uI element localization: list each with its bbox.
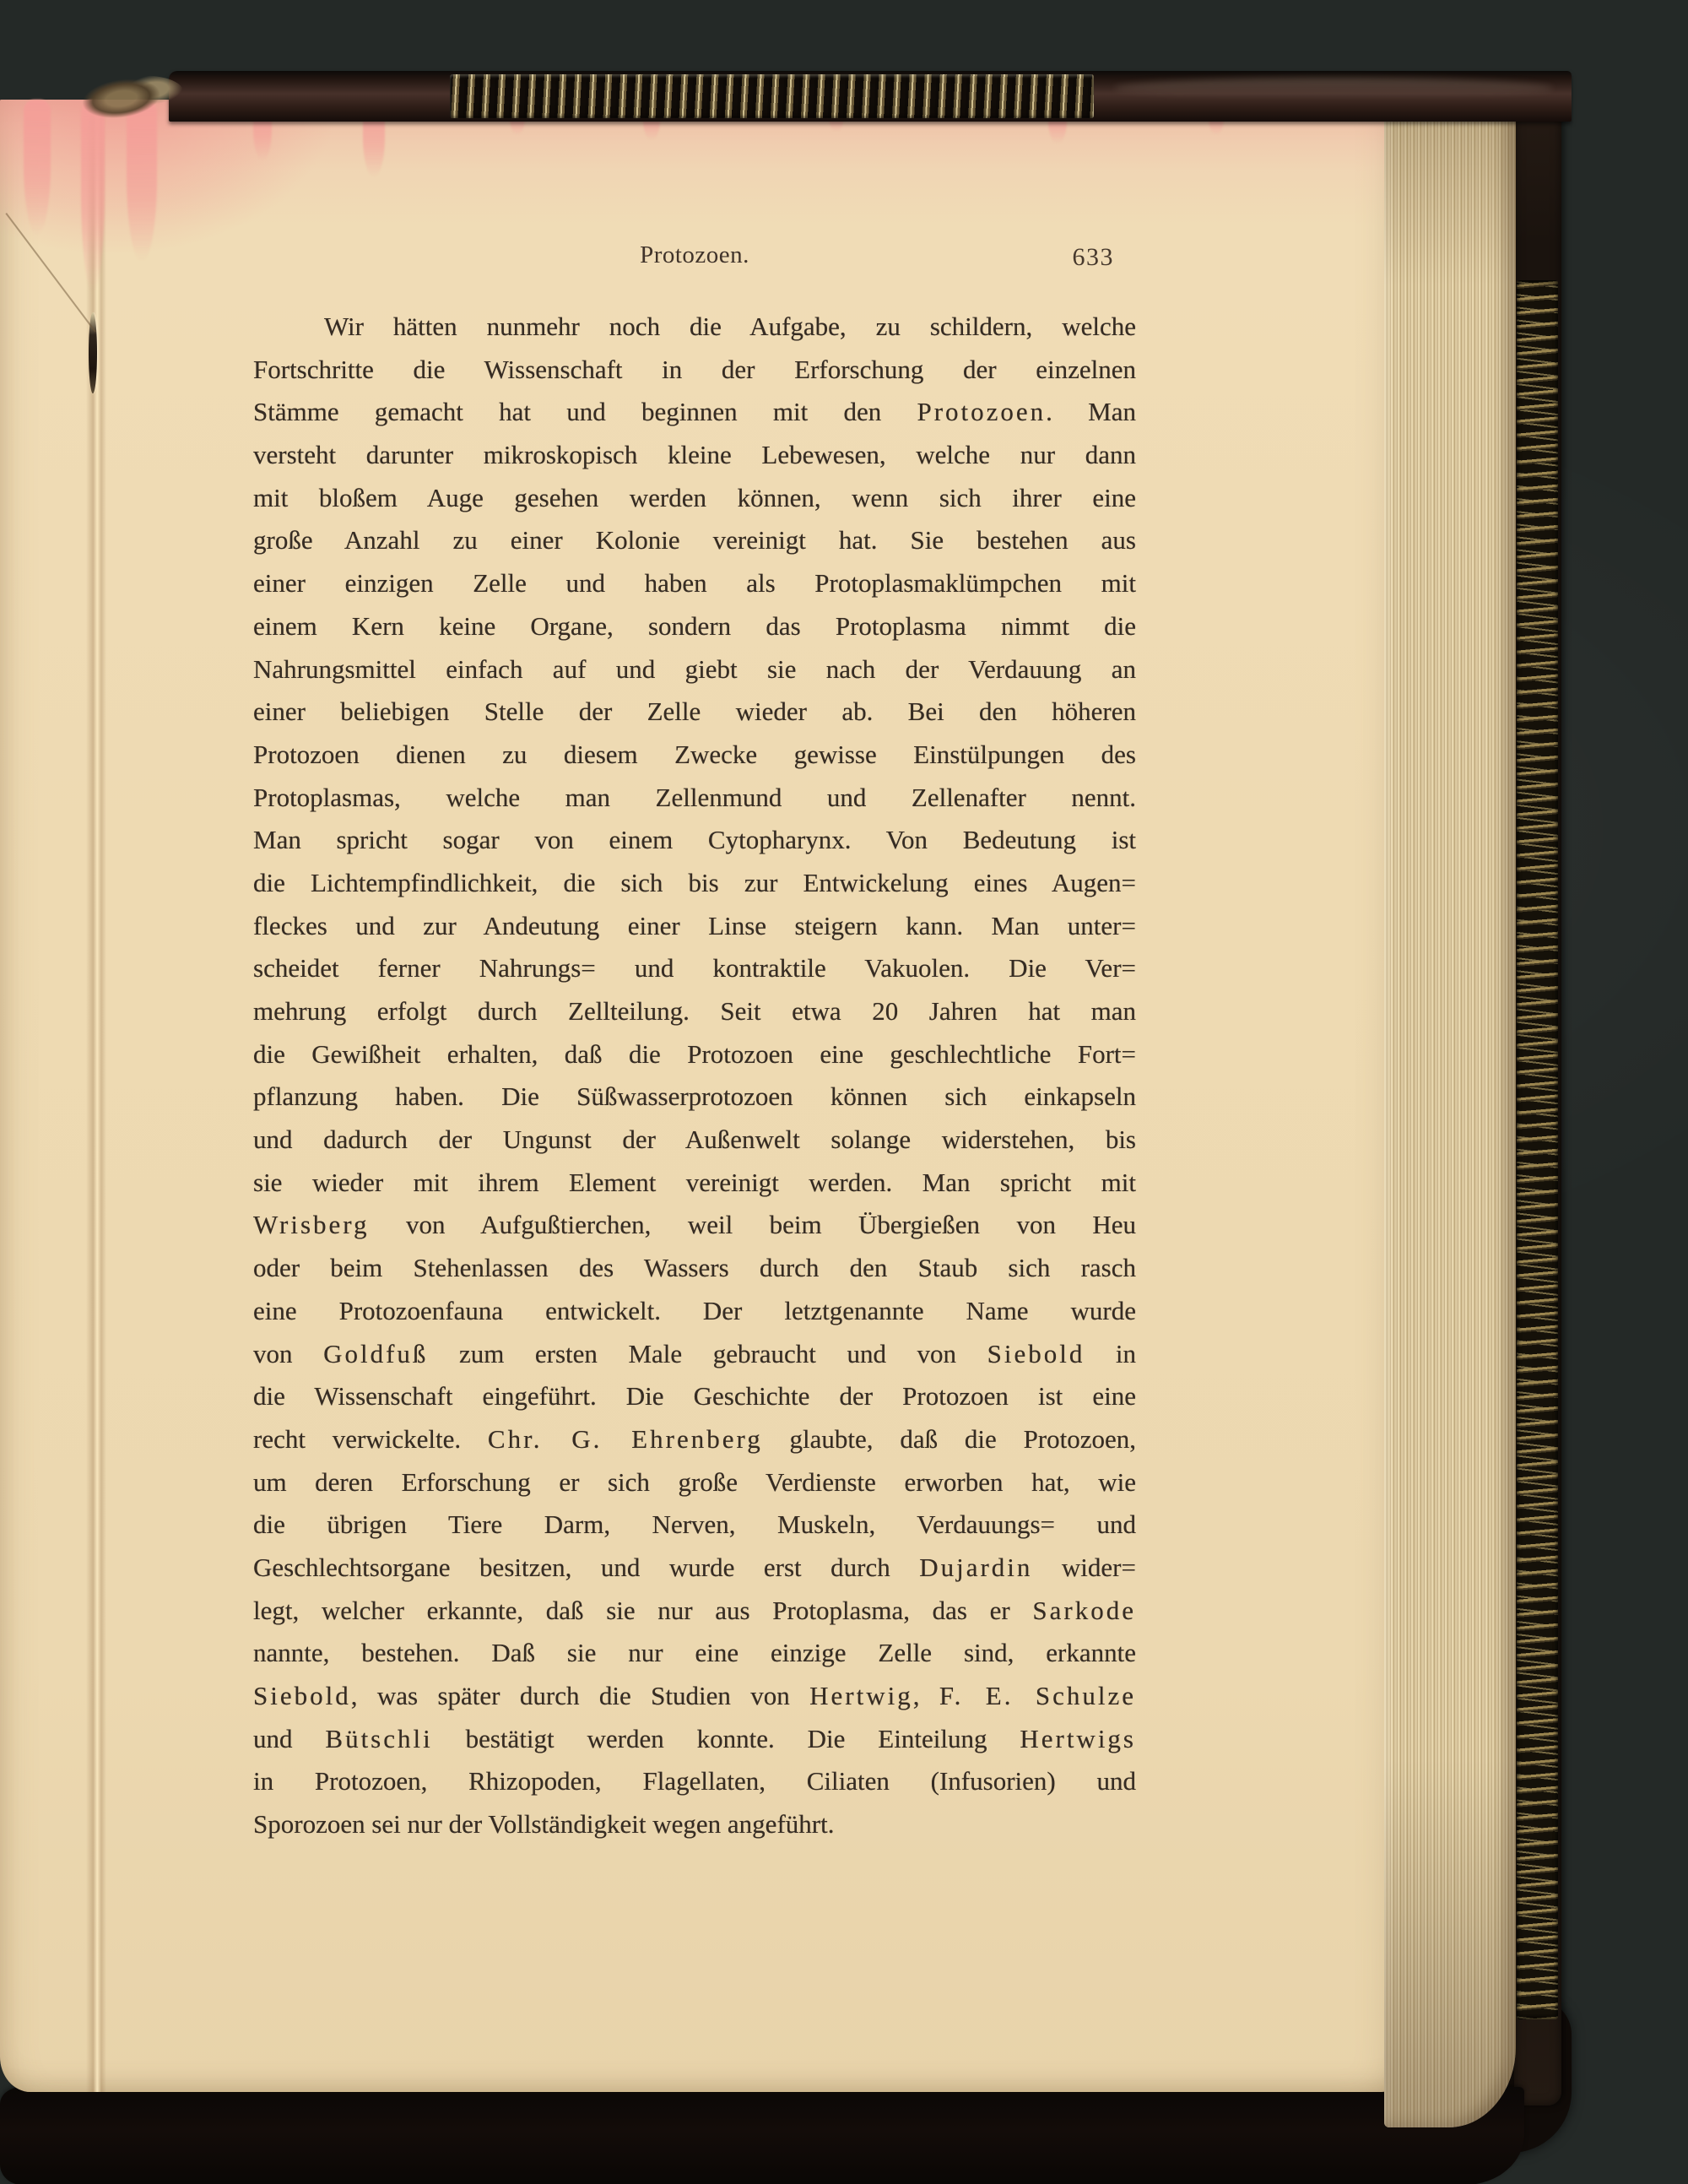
text-line: Sporozoen sei nur der Vollständigkeit we…	[253, 1803, 1136, 1846]
text-line: recht verwickelte. Chr. G. Ehrenberg gla…	[253, 1418, 1136, 1461]
text-line: einer einzigen Zelle und haben als Proto…	[253, 562, 1136, 605]
letterspaced-word: Hertwig	[809, 1681, 913, 1710]
letterspaced-word: Goldfuß	[323, 1339, 428, 1368]
text-line: einem Kern keine Organe, sondern das Pro…	[253, 605, 1136, 648]
page-stack-fore-edge	[1384, 81, 1516, 2127]
text-line: scheidet ferner Nahrungs= und kontraktil…	[253, 947, 1136, 990]
text-line: große Anzahl zu einer Kolonie vereinigt …	[253, 519, 1136, 562]
cover-right-edge	[1514, 81, 1561, 2105]
text-line: Stämme gemacht hat und beginnen mit den …	[253, 391, 1136, 434]
text-line: in Protozoen, Rhizopoden, Flagellaten, C…	[253, 1760, 1136, 1803]
text-line: die Lichtempfindlichkeit, die sich bis z…	[253, 862, 1136, 905]
letterspaced-word: Dujardin	[919, 1553, 1032, 1582]
letterspaced-word: Hertwigs	[1020, 1724, 1136, 1753]
text-line: und dadurch der Ungunst der Außenwelt so…	[253, 1119, 1136, 1162]
text-line: Nahrungsmittel einfach auf und giebt sie…	[253, 648, 1136, 691]
text-line: legt, welcher erkannte, daß sie nur aus …	[253, 1590, 1136, 1633]
text-line: Siebold, was später durch die Studien vo…	[253, 1675, 1136, 1718]
text-line: Protoplasmas, welche man Zellenmund und …	[253, 777, 1136, 820]
pink-drip	[127, 100, 157, 262]
leather-sheen	[1114, 78, 1553, 98]
text-line: von Goldfuß zum ersten Male gebraucht un…	[253, 1333, 1136, 1376]
body-text: Wir hätten nunmehr noch die Aufgabe, zu …	[253, 306, 1136, 1846]
text-line: Man spricht sogar von einem Cytopharynx.…	[253, 819, 1136, 862]
running-header-title: Protozoen.	[253, 241, 1136, 269]
text-line: Protozoen dienen zu diesem Zwecke gewiss…	[253, 734, 1136, 777]
letterspaced-word: Protozoen	[917, 397, 1046, 426]
text-line: sie wieder mit ihrem Element vereinigt w…	[253, 1162, 1136, 1205]
gauffered-fore-edge-pattern	[1517, 280, 1558, 2019]
text-line: oder beim Stehenlassen des Wassers durch…	[253, 1247, 1136, 1290]
book-top-leather-edge	[169, 71, 1572, 122]
letterspaced-word: Siebold	[253, 1681, 351, 1710]
text-line: die Gewißheit erhalten, daß die Protozoe…	[253, 1033, 1136, 1076]
letterspaced-word: Sarkode	[1032, 1596, 1136, 1625]
text-line: eine Protozoenfauna entwickelt. Der letz…	[253, 1290, 1136, 1333]
page-header: Protozoen. 633	[253, 241, 1136, 280]
cover-bottom-edge	[0, 2087, 1524, 2184]
letterspaced-word: Chr. G. Ehrenberg	[488, 1424, 763, 1454]
text-line: versteht darunter mikroskopisch kleine L…	[253, 434, 1136, 477]
text-line: Wrisberg von Aufgußtierchen, weil beim Ü…	[253, 1204, 1136, 1247]
letterspaced-word: Bütschli	[325, 1724, 432, 1753]
gauffered-gilt-top-edge	[450, 74, 1094, 118]
text-line: die Wissenschaft eingeführt. Die Geschic…	[253, 1375, 1136, 1418]
pink-drip	[24, 100, 51, 235]
text-line: die übrigen Tiere Darm, Nerven, Muskeln,…	[253, 1504, 1136, 1547]
text-line: Wir hätten nunmehr noch die Aufgabe, zu …	[253, 306, 1136, 349]
text-line: nannte, bestehen. Daß sie nur eine einzi…	[253, 1632, 1136, 1675]
text-line: mit bloßem Auge gesehen werden können, w…	[253, 477, 1136, 520]
pink-drip	[81, 100, 105, 292]
text-line: Fortschritte die Wissenschaft in der Erf…	[253, 349, 1136, 392]
scanned-book-photo: { "document": { "running_header": "Proto…	[0, 0, 1688, 2184]
text-line: und Bütschli bestätigt werden konnte. Di…	[253, 1718, 1136, 1761]
gutter-crease	[86, 100, 106, 2092]
text-line: um deren Erforschung er sich große Verdi…	[253, 1461, 1136, 1504]
letterspaced-word: Siebold	[987, 1339, 1085, 1368]
text-line: Geschlechtsorgane besitzen, und wurde er…	[253, 1547, 1136, 1590]
letterspaced-word: Wrisberg	[253, 1210, 370, 1239]
text-line: einer beliebigen Stelle der Zelle wieder…	[253, 691, 1136, 734]
text-line: mehrung erfolgt durch Zellteilung. Seit …	[253, 990, 1136, 1033]
text-line: fleckes und zur Andeutung einer Linse st…	[253, 905, 1136, 948]
page-number: 633	[1073, 243, 1115, 272]
letterspaced-word: F. E. Schulze	[939, 1681, 1136, 1710]
text-line: pflanzung haben. Die Süßwasserprotozoen …	[253, 1076, 1136, 1119]
